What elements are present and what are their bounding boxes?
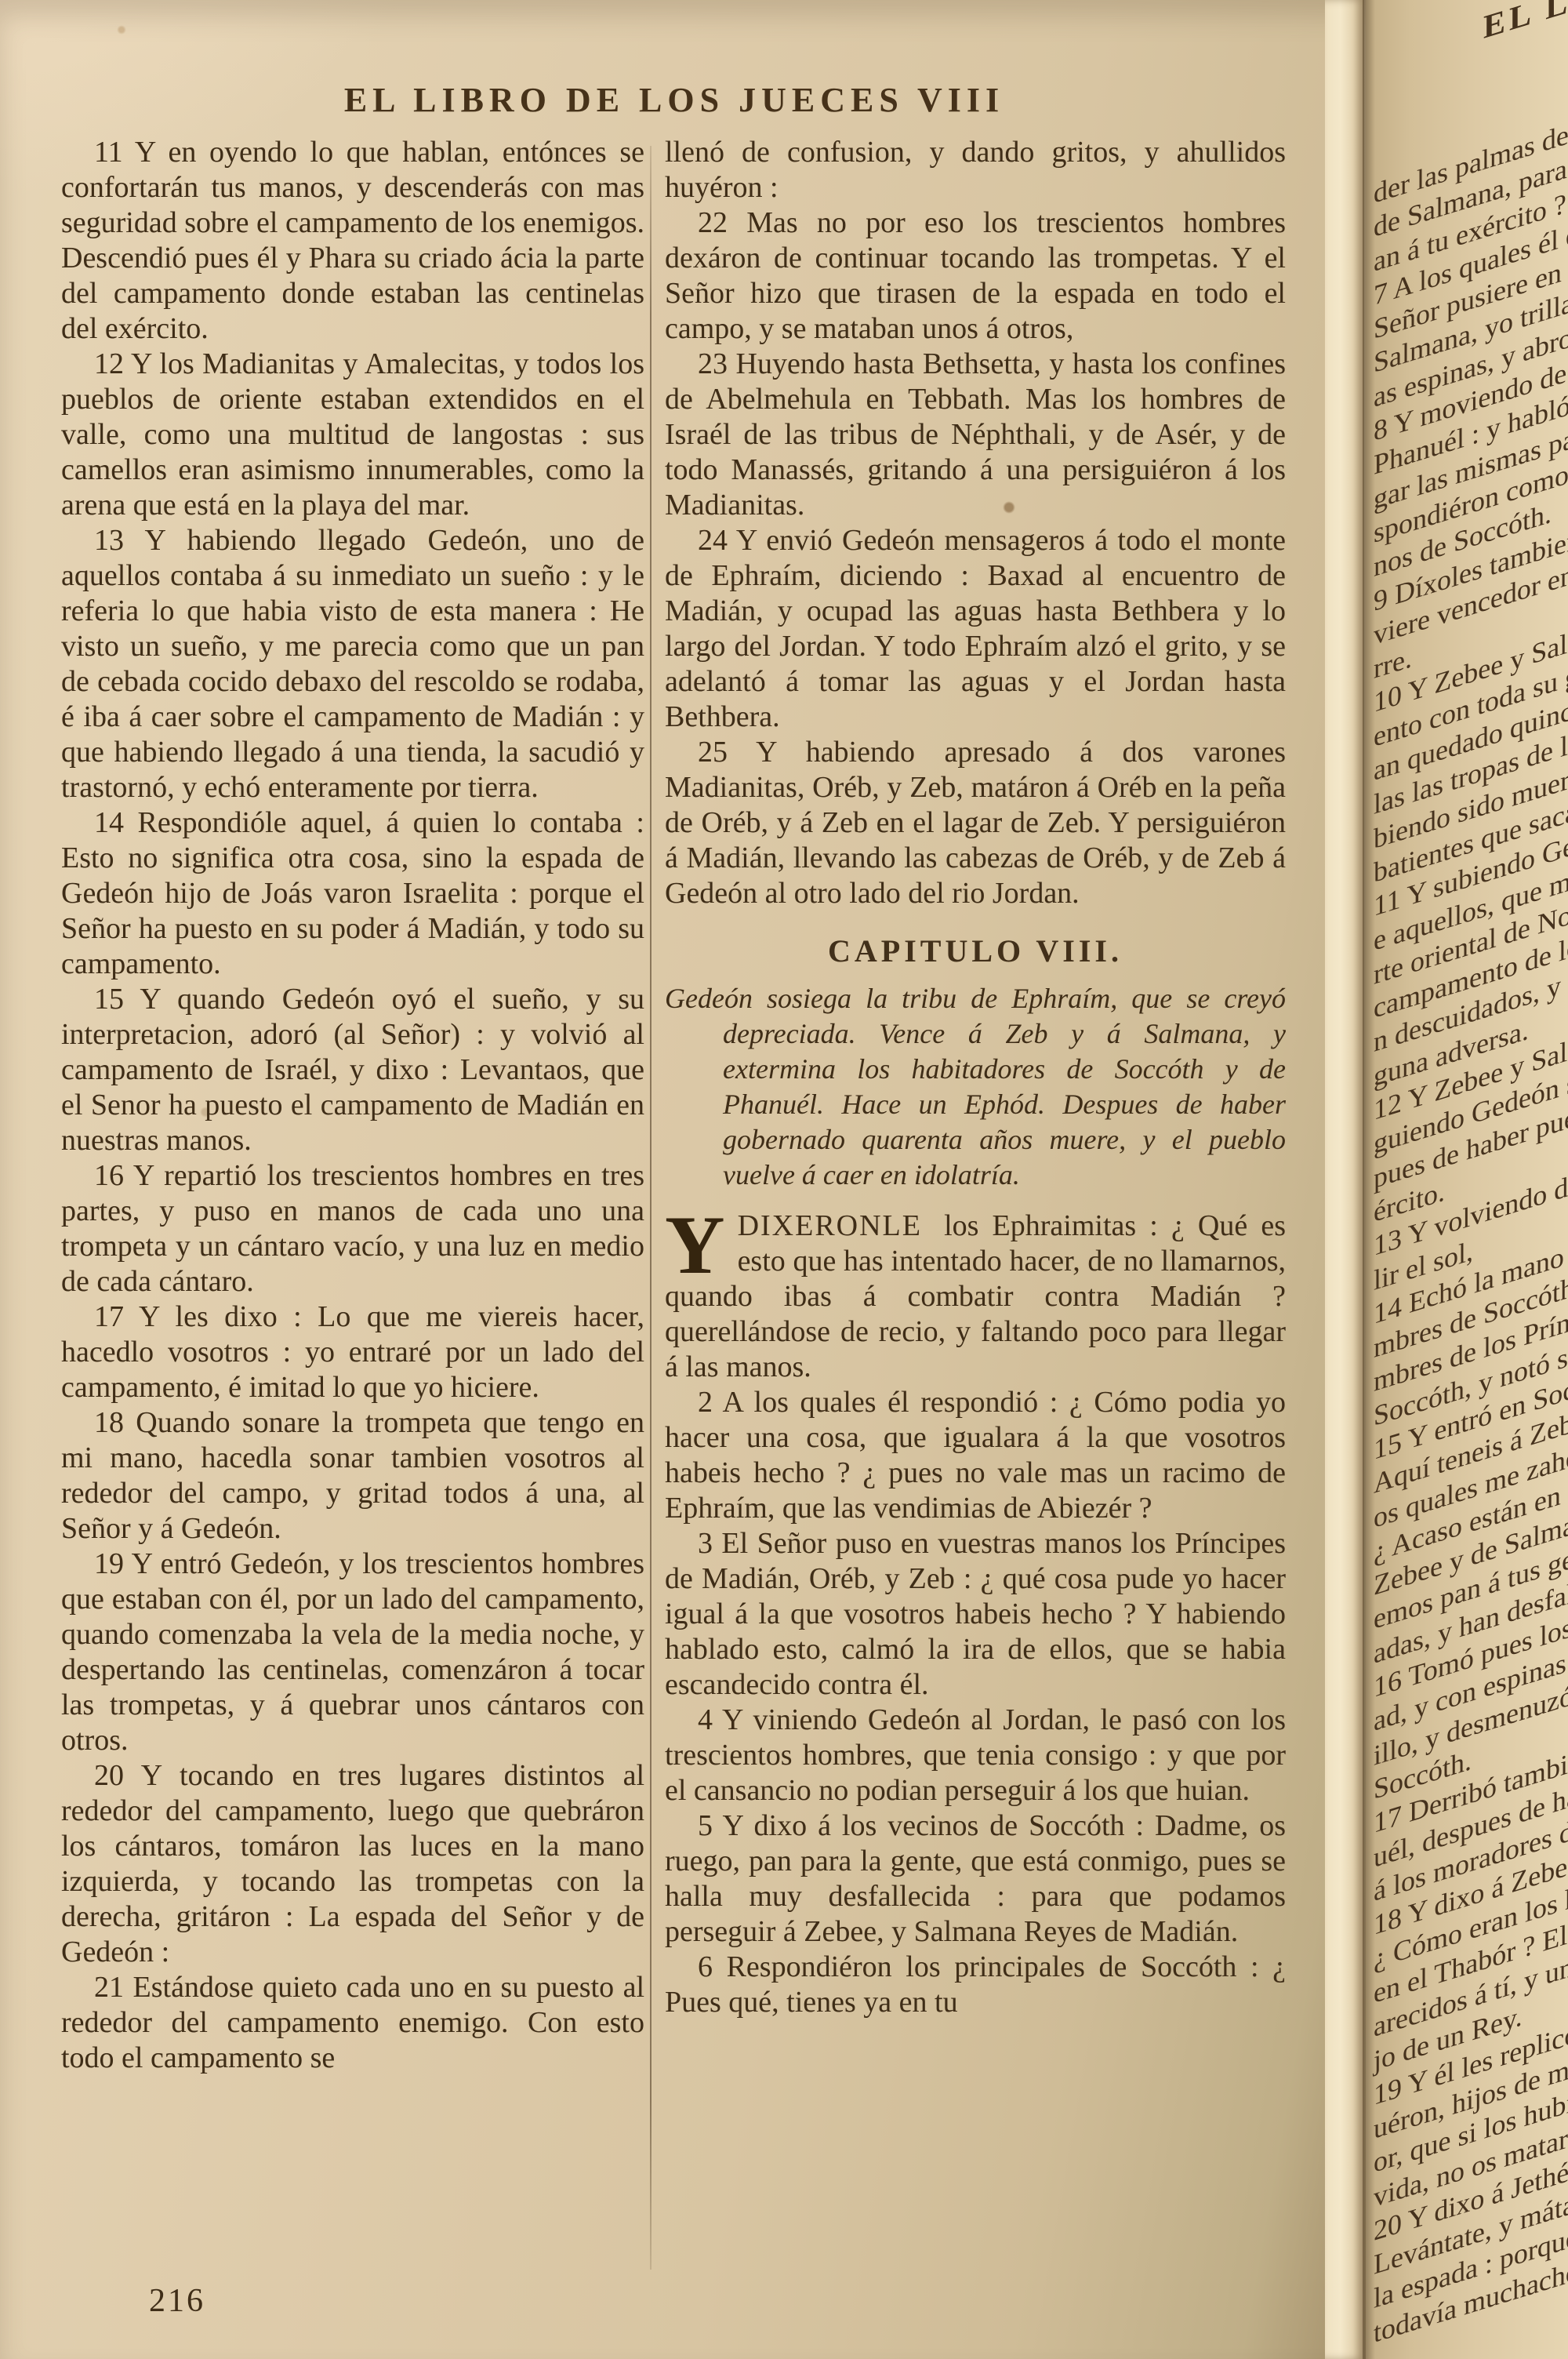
verse-paragraph: 6 Respondiéron los principales de Soccót…	[665, 1950, 1286, 2020]
verse-paragraph: 2 A los quales él respondió : ¿ Cómo pod…	[665, 1385, 1286, 1526]
verse-paragraph: 19 Y entró Gedeón, y los trescientos hom…	[61, 1547, 644, 1758]
verse-paragraph: 23 Huyendo hasta Bethsetta, y hasta los …	[665, 347, 1286, 523]
page-fore-edge	[1325, 0, 1364, 2359]
left-column: 11 Y en oyendo lo que hablan, entónces s…	[61, 135, 644, 2285]
verse-paragraph: 18 Quando sonare la trompeta que tengo e…	[61, 1405, 644, 1547]
page-crease-shadow	[1363, 0, 1375, 2359]
verse-paragraph: 16 Y repartió los trescientos hombres en…	[61, 1158, 644, 1299]
next-page-text-fragments: der las palmas de las m de Salmana, para…	[1374, 24, 1568, 2350]
page-header: EL LIBRO DE LOS JUECES VIII	[63, 80, 1286, 120]
verse-paragraph: 15 Y quando Gedeón oyó el sueño, y su in…	[61, 982, 644, 1158]
verse-paragraph: 12 Y los Madianitas y Amalecitas, y todo…	[61, 347, 644, 523]
page-number: 216	[149, 2282, 205, 2320]
verse-paragraph: 11 Y en oyendo lo que hablan, entónces s…	[61, 135, 644, 347]
verse-paragraph: 3 El Señor puso en vuestras manos los Pr…	[665, 1526, 1286, 1703]
next-page-header-fragment: EL L	[1483, 0, 1568, 47]
main-page: EL LIBRO DE LOS JUECES VIII 11 Y en oyen…	[0, 0, 1366, 2359]
verse-paragraph: 24 Y envió Gedeón mensageros á todo el m…	[665, 523, 1286, 735]
verse-paragraph: 22 Mas no por eso los trescientos hombre…	[665, 205, 1286, 347]
right-column-top-verses: llenó de confusion, y dando gritos, y ah…	[665, 135, 1286, 911]
verse-paragraph: 20 Y tocando en tres lugares distintos a…	[61, 1758, 644, 1970]
right-column: llenó de confusion, y dando gritos, y ah…	[665, 135, 1286, 2339]
chapter-heading: CAPITULO VIII.	[665, 933, 1286, 969]
right-column-bottom-verses: 2 A los quales él respondió : ¿ Cómo pod…	[665, 1385, 1286, 2020]
column-divider-rule	[650, 146, 652, 2270]
verse-1-lead-word: DIXERONLE	[738, 1209, 922, 1242]
drop-cap-initial: Y	[665, 1209, 738, 1278]
next-page-curled: EL L der las palmas de las m de Salmana,…	[1366, 0, 1568, 2359]
verse-paragraph: 25 Y habiendo apresado á dos varones Mad…	[665, 735, 1286, 911]
verse-paragraph: 14 Respondióle aquel, á quien lo contaba…	[61, 805, 644, 982]
verse-paragraph: 5 Y dixo á los vecinos de Soccóth : Dadm…	[665, 1808, 1286, 1950]
verse-paragraph: 17 Y les dixo : Lo que me viereis hacer,…	[61, 1299, 644, 1405]
verse-paragraph: 13 Y habiendo llegado Gedeón, uno de aqu…	[61, 523, 644, 805]
chapter-summary: Gedeón sosiega la tribu de Ephraím, que …	[665, 981, 1286, 1193]
book-scan: EL LIBRO DE LOS JUECES VIII 11 Y en oyen…	[0, 0, 1568, 2359]
verse-paragraph: 21 Estándose quieto cada uno en su puest…	[61, 1970, 644, 2076]
verse-paragraph: llenó de confusion, y dando gritos, y ah…	[665, 135, 1286, 205]
verse-paragraph: 4 Y viniendo Gedeón al Jordan, le pasó c…	[665, 1703, 1286, 1808]
verse-1-paragraph: Y DIXERONLE los Ephraimitas : ¿ Qué es e…	[665, 1209, 1286, 1385]
